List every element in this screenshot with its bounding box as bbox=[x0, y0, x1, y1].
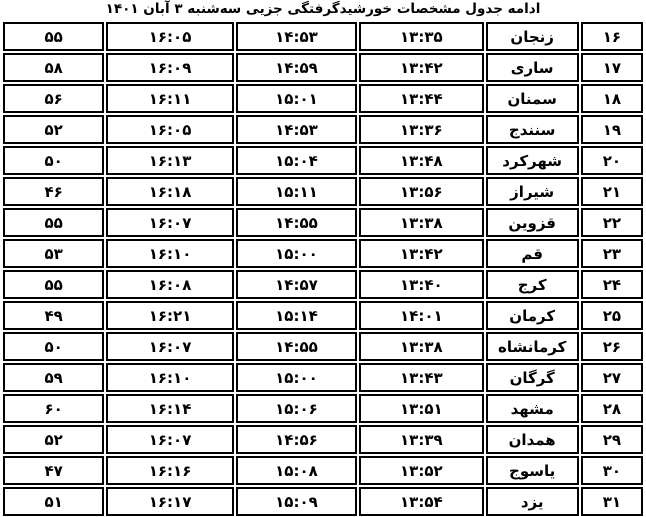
table-row: ۲۰شهرکرد۱۳:۴۸۱۵:۰۴۱۶:۱۳۵۰ bbox=[3, 146, 643, 175]
maximum-time-cell: ۱۵:۰۴ bbox=[236, 146, 357, 175]
start-time-cell: ۱۳:۵۲ bbox=[359, 456, 483, 485]
table-row: ۳۰یاسوج۱۳:۵۲۱۵:۰۸۱۶:۱۶۴۷ bbox=[3, 456, 643, 485]
end-time-cell: ۱۶:۰۹ bbox=[106, 53, 233, 82]
coverage-percent-cell: ۵۱ bbox=[3, 487, 104, 516]
city-name-cell: قم bbox=[486, 239, 579, 268]
start-time-cell: ۱۳:۳۹ bbox=[359, 425, 483, 454]
coverage-percent-cell: ۴۷ bbox=[3, 456, 104, 485]
start-time-cell: ۱۳:۳۸ bbox=[359, 208, 483, 237]
maximum-time-cell: ۱۵:۰۱ bbox=[236, 84, 357, 113]
table-row: ۲۶کرمانشاه۱۳:۳۸۱۴:۵۵۱۶:۰۷۵۰ bbox=[3, 332, 643, 361]
table-row: ۱۹سنندج۱۳:۳۶۱۴:۵۳۱۶:۰۵۵۲ bbox=[3, 115, 643, 144]
row-number-cell: ۱۸ bbox=[581, 84, 643, 113]
city-name-cell: مشهد bbox=[486, 394, 579, 423]
table-row: ۲۷گرگان۱۳:۴۳۱۵:۰۰۱۶:۱۰۵۹ bbox=[3, 363, 643, 392]
page: ادامه جدول مشخصات خورشیدگرفتگی جزیی سه‌ش… bbox=[0, 0, 646, 517]
coverage-percent-cell: ۵۵ bbox=[3, 208, 104, 237]
end-time-cell: ۱۶:۱۱ bbox=[106, 84, 233, 113]
coverage-percent-cell: ۵۶ bbox=[3, 84, 104, 113]
row-number-cell: ۲۶ bbox=[581, 332, 643, 361]
coverage-percent-cell: ۵۸ bbox=[3, 53, 104, 82]
city-name-cell: کرمانشاه bbox=[486, 332, 579, 361]
city-name-cell: سنندج bbox=[486, 115, 579, 144]
start-time-cell: ۱۳:۴۳ bbox=[359, 363, 483, 392]
start-time-cell: ۱۳:۴۲ bbox=[359, 53, 483, 82]
row-number-cell: ۲۰ bbox=[581, 146, 643, 175]
start-time-cell: ۱۳:۵۴ bbox=[359, 487, 483, 516]
table-row: ۱۸سمنان۱۳:۴۴۱۵:۰۱۱۶:۱۱۵۶ bbox=[3, 84, 643, 113]
maximum-time-cell: ۱۴:۵۹ bbox=[236, 53, 357, 82]
end-time-cell: ۱۶:۱۷ bbox=[106, 487, 233, 516]
table-row: ۲۴کرج۱۳:۴۰۱۴:۵۷۱۶:۰۸۵۵ bbox=[3, 270, 643, 299]
coverage-percent-cell: ۵۲ bbox=[3, 425, 104, 454]
maximum-time-cell: ۱۵:۰۰ bbox=[236, 239, 357, 268]
row-number-cell: ۱۶ bbox=[581, 22, 643, 51]
row-number-cell: ۲۹ bbox=[581, 425, 643, 454]
row-number-cell: ۳۰ bbox=[581, 456, 643, 485]
city-name-cell: شهرکرد bbox=[486, 146, 579, 175]
coverage-percent-cell: ۴۹ bbox=[3, 301, 104, 330]
start-time-cell: ۱۳:۵۱ bbox=[359, 394, 483, 423]
start-time-cell: ۱۳:۴۴ bbox=[359, 84, 483, 113]
city-name-cell: کرج bbox=[486, 270, 579, 299]
start-time-cell: ۱۳:۳۸ bbox=[359, 332, 483, 361]
city-name-cell: همدان bbox=[486, 425, 579, 454]
end-time-cell: ۱۶:۰۷ bbox=[106, 208, 233, 237]
start-time-cell: ۱۳:۴۲ bbox=[359, 239, 483, 268]
coverage-percent-cell: ۴۶ bbox=[3, 177, 104, 206]
end-time-cell: ۱۶:۰۵ bbox=[106, 115, 233, 144]
maximum-time-cell: ۱۵:۱۴ bbox=[236, 301, 357, 330]
city-name-cell: یزد bbox=[486, 487, 579, 516]
maximum-time-cell: ۱۴:۵۳ bbox=[236, 115, 357, 144]
end-time-cell: ۱۶:۱۰ bbox=[106, 239, 233, 268]
coverage-percent-cell: ۵۳ bbox=[3, 239, 104, 268]
table-row: ۲۹همدان۱۳:۳۹۱۴:۵۶۱۶:۰۷۵۲ bbox=[3, 425, 643, 454]
row-number-cell: ۱۹ bbox=[581, 115, 643, 144]
maximum-time-cell: ۱۴:۵۵ bbox=[236, 208, 357, 237]
end-time-cell: ۱۶:۱۳ bbox=[106, 146, 233, 175]
end-time-cell: ۱۶:۰۵ bbox=[106, 22, 233, 51]
maximum-time-cell: ۱۵:۱۱ bbox=[236, 177, 357, 206]
eclipse-table-body: ۱۶زنجان۱۳:۳۵۱۴:۵۳۱۶:۰۵۵۵۱۷ساری۱۳:۴۲۱۴:۵۹… bbox=[3, 22, 643, 516]
maximum-time-cell: ۱۵:۰۹ bbox=[236, 487, 357, 516]
maximum-time-cell: ۱۵:۰۸ bbox=[236, 456, 357, 485]
maximum-time-cell: ۱۴:۵۶ bbox=[236, 425, 357, 454]
table-row: ۳۱یزد۱۳:۵۴۱۵:۰۹۱۶:۱۷۵۱ bbox=[3, 487, 643, 516]
city-name-cell: شیراز bbox=[486, 177, 579, 206]
start-time-cell: ۱۳:۴۰ bbox=[359, 270, 483, 299]
page-title: ادامه جدول مشخصات خورشیدگرفتگی جزیی سه‌ش… bbox=[0, 0, 646, 20]
table-row: ۲۲قزوین۱۳:۳۸۱۴:۵۵۱۶:۰۷۵۵ bbox=[3, 208, 643, 237]
table-row: ۲۵کرمان۱۴:۰۱۱۵:۱۴۱۶:۲۱۴۹ bbox=[3, 301, 643, 330]
start-time-cell: ۱۳:۳۶ bbox=[359, 115, 483, 144]
table-row: ۱۷ساری۱۳:۴۲۱۴:۵۹۱۶:۰۹۵۸ bbox=[3, 53, 643, 82]
city-name-cell: سمنان bbox=[486, 84, 579, 113]
row-number-cell: ۲۳ bbox=[581, 239, 643, 268]
end-time-cell: ۱۶:۱۶ bbox=[106, 456, 233, 485]
city-name-cell: کرمان bbox=[486, 301, 579, 330]
end-time-cell: ۱۶:۲۱ bbox=[106, 301, 233, 330]
coverage-percent-cell: ۶۰ bbox=[3, 394, 104, 423]
table-row: ۲۸مشهد۱۳:۵۱۱۵:۰۶۱۶:۱۴۶۰ bbox=[3, 394, 643, 423]
coverage-percent-cell: ۵۲ bbox=[3, 115, 104, 144]
row-number-cell: ۲۴ bbox=[581, 270, 643, 299]
maximum-time-cell: ۱۵:۰۶ bbox=[236, 394, 357, 423]
coverage-percent-cell: ۵۰ bbox=[3, 146, 104, 175]
coverage-percent-cell: ۵۵ bbox=[3, 270, 104, 299]
city-name-cell: ساری bbox=[486, 53, 579, 82]
start-time-cell: ۱۳:۳۵ bbox=[359, 22, 483, 51]
maximum-time-cell: ۱۴:۵۳ bbox=[236, 22, 357, 51]
row-number-cell: ۲۸ bbox=[581, 394, 643, 423]
end-time-cell: ۱۶:۱۴ bbox=[106, 394, 233, 423]
coverage-percent-cell: ۵۵ bbox=[3, 22, 104, 51]
table-row: ۱۶زنجان۱۳:۳۵۱۴:۵۳۱۶:۰۵۵۵ bbox=[3, 22, 643, 51]
end-time-cell: ۱۶:۰۷ bbox=[106, 332, 233, 361]
city-name-cell: قزوین bbox=[486, 208, 579, 237]
row-number-cell: ۱۷ bbox=[581, 53, 643, 82]
coverage-percent-cell: ۵۰ bbox=[3, 332, 104, 361]
coverage-percent-cell: ۵۹ bbox=[3, 363, 104, 392]
end-time-cell: ۱۶:۱۰ bbox=[106, 363, 233, 392]
maximum-time-cell: ۱۵:۰۰ bbox=[236, 363, 357, 392]
row-number-cell: ۲۱ bbox=[581, 177, 643, 206]
maximum-time-cell: ۱۴:۵۷ bbox=[236, 270, 357, 299]
start-time-cell: ۱۳:۴۸ bbox=[359, 146, 483, 175]
row-number-cell: ۳۱ bbox=[581, 487, 643, 516]
table-row: ۲۱شیراز۱۳:۵۶۱۵:۱۱۱۶:۱۸۴۶ bbox=[3, 177, 643, 206]
table-row: ۲۳قم۱۳:۴۲۱۵:۰۰۱۶:۱۰۵۳ bbox=[3, 239, 643, 268]
row-number-cell: ۲۵ bbox=[581, 301, 643, 330]
end-time-cell: ۱۶:۰۷ bbox=[106, 425, 233, 454]
start-time-cell: ۱۴:۰۱ bbox=[359, 301, 483, 330]
start-time-cell: ۱۳:۵۶ bbox=[359, 177, 483, 206]
end-time-cell: ۱۶:۰۸ bbox=[106, 270, 233, 299]
maximum-time-cell: ۱۴:۵۵ bbox=[236, 332, 357, 361]
row-number-cell: ۲۲ bbox=[581, 208, 643, 237]
city-name-cell: یاسوج bbox=[486, 456, 579, 485]
row-number-cell: ۲۷ bbox=[581, 363, 643, 392]
city-name-cell: زنجان bbox=[486, 22, 579, 51]
end-time-cell: ۱۶:۱۸ bbox=[106, 177, 233, 206]
city-name-cell: گرگان bbox=[486, 363, 579, 392]
eclipse-table: ۱۶زنجان۱۳:۳۵۱۴:۵۳۱۶:۰۵۵۵۱۷ساری۱۳:۴۲۱۴:۵۹… bbox=[1, 20, 645, 517]
